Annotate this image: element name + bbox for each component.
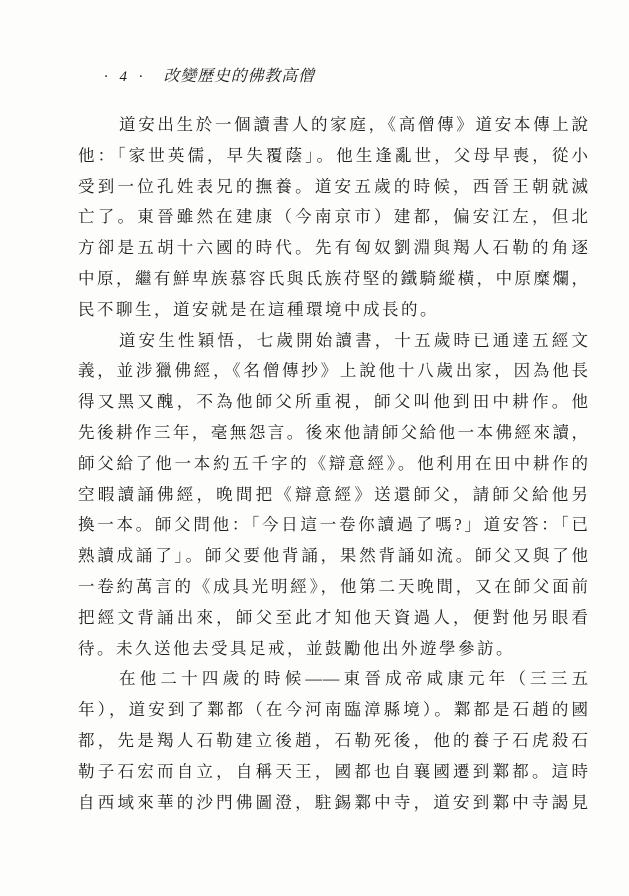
text-line: 把經文背誦出來，師父至此才知他天資過人，便對他另眼看: [78, 603, 589, 634]
text-line: 勒子石宏而自立，自稱天王，國都也自襄國遷到鄴都。這時: [78, 757, 589, 788]
body-text: 道安出生於一個讀書人的家庭，《高僧傳》道安本傳上說他：「家世英儒，早失覆蔭」。他…: [78, 110, 589, 818]
text-line: 換一本。師父問他：「今日這一卷你讀過了嗎?」道安答：「已: [78, 510, 589, 541]
book-title: 改變歷史的佛教高僧: [164, 63, 315, 86]
text-line: 都，先是羯人石勒建立後趙，石勒死後，他的養子石虎殺石: [78, 726, 589, 757]
paragraph: 在他二十四歲的時候——東晉成帝咸康元年（三三五年），道安到了鄴都（在今河南臨漳縣…: [78, 664, 589, 818]
paragraph: 道安生性穎悟，七歲開始讀書，十五歲時已通達五經文義，並涉獵佛經，《名僧傳抄》上說…: [78, 326, 589, 665]
paragraph: 道安出生於一個讀書人的家庭，《高僧傳》道安本傳上說他：「家世英儒，早失覆蔭」。他…: [78, 110, 589, 326]
running-head: · 4 · 改變歷史的佛教高僧: [104, 63, 315, 86]
text-line: 道安生性穎悟，七歲開始讀書，十五歲時已通達五經文: [78, 326, 589, 357]
text-line: 方卻是五胡十六國的時代。先有匈奴劉淵與羯人石勒的角逐: [78, 233, 589, 264]
text-line: 受到一位孔姓表兄的撫養。道安五歲的時候，西晉王朝就滅: [78, 172, 589, 203]
text-line: 得又黑又醜，不為他師父所重視，師父叫他到田中耕作。他: [78, 387, 589, 418]
text-line: 亡了。東晉雖然在建康（今南京市）建都，偏安江左，但北: [78, 202, 589, 233]
text-line: 他：「家世英儒，早失覆蔭」。他生逢亂世，父母早喪，從小: [78, 141, 589, 172]
text-line: 年），道安到了鄴都（在今河南臨漳縣境）。鄴都是石趙的國: [78, 695, 589, 726]
text-line: 道安出生於一個讀書人的家庭，《高僧傳》道安本傳上說: [78, 110, 589, 141]
text-line: 熟讀成誦了」。師父要他背誦，果然背誦如流。師父又與了他: [78, 541, 589, 572]
text-line: 中原，繼有鮮卑族慕容氏與氐族苻堅的鐵騎縱橫，中原糜爛，: [78, 264, 589, 295]
text-line: 在他二十四歲的時候——東晉成帝咸康元年（三三五: [78, 664, 589, 695]
text-line: 師父給了他一本約五千字的《辯意經》。他利用在田中耕作的: [78, 449, 589, 480]
text-line: 義，並涉獵佛經，《名僧傳抄》上說他十八歲出家，因為他長: [78, 356, 589, 387]
text-line: 民不聊生，道安就是在這種環境中成長的。: [78, 295, 589, 326]
text-line: 一卷約萬言的《成具光明經》，他第二天晚間，又在師父面前: [78, 572, 589, 603]
page-number-marker: · 4 ·: [104, 69, 147, 86]
text-line: 待。未久送他去受具足戒，並鼓勵他出外遊學參訪。: [78, 634, 589, 665]
text-line: 先後耕作三年，毫無怨言。後來他請師父給他一本佛經來讀，: [78, 418, 589, 449]
text-line: 空暇讀誦佛經，晚間把《辯意經》送還師父，請師父給他另: [78, 480, 589, 511]
book-page: · 4 · 改變歷史的佛教高僧 道安出生於一個讀書人的家庭，《高僧傳》道安本傳上…: [0, 0, 629, 896]
text-line: 自西域來華的沙門佛圖澄，駐錫鄴中寺，道安到鄴中寺謁見: [78, 788, 589, 819]
